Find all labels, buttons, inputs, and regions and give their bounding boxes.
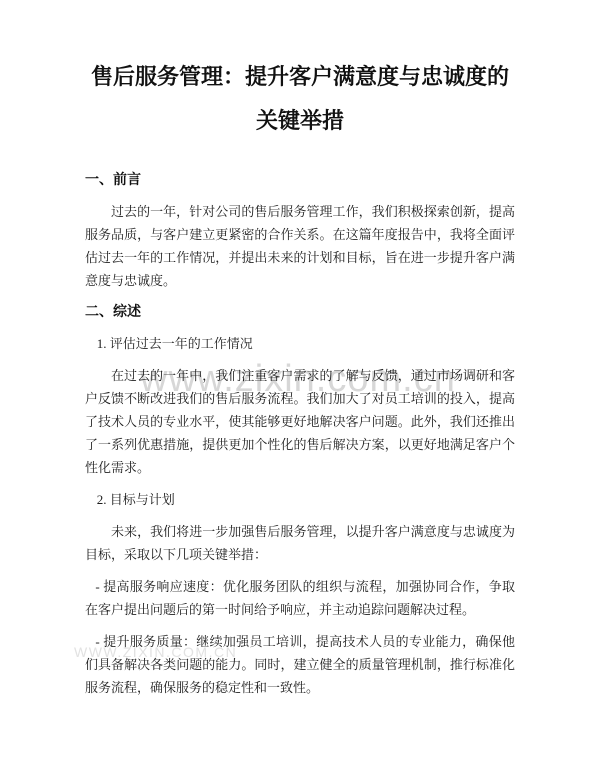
paragraph-goals-intro: 未来，我们将进一步加强售后服务管理，以提升客户满意度与忠诚度为目标，采取以下几项… xyxy=(85,520,515,566)
subsection-heading-goals: 2. 目标与计划 xyxy=(85,488,515,511)
subsection-heading-review: 1. 评估过去一年的工作情况 xyxy=(85,332,515,355)
document-title: 售后服务管理：提升客户满意度与忠诚度的关键举措 xyxy=(85,56,515,144)
document-page: www.zixin.com.cn WWW.ZIXIN.COM.CN 售后服务管理… xyxy=(0,0,600,776)
bullet-response-speed: - 提高服务响应速度：优化服务团队的组织与流程，加强协同合作，争取在客户提出问题… xyxy=(85,575,515,621)
document-content: 售后服务管理：提升客户满意度与忠诚度的关键举措 一、前言 过去的一年，针对公司的… xyxy=(85,56,515,699)
bullet-service-quality: - 提升服务质量：继续加强员工培训，提高技术人员的专业能力，确保他们具备解决各类… xyxy=(85,630,515,699)
paragraph-preface: 过去的一年，针对公司的售后服务管理工作，我们积极探索创新，提高服务品质，与客户建… xyxy=(85,200,515,292)
section-heading-overview: 二、综述 xyxy=(85,301,515,324)
section-heading-preface: 一、前言 xyxy=(85,169,515,192)
paragraph-review: 在过去的一年中，我们注重客户需求的了解与反馈，通过市场调研和客户反馈不断改进我们… xyxy=(85,364,515,479)
